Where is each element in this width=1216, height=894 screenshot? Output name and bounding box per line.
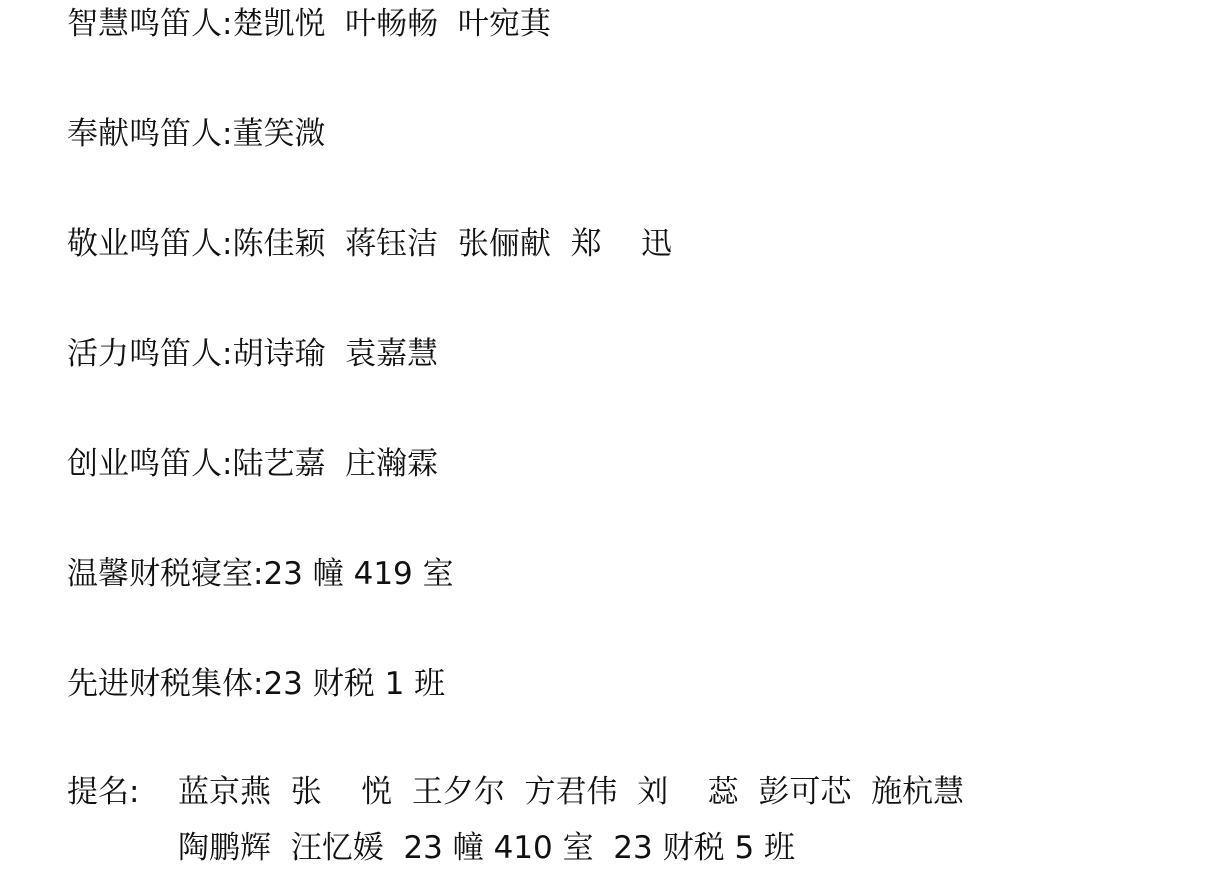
award-category: 敬业鸣笛人 <box>67 226 222 262</box>
award-winners: 胡诗瑜 袁嘉慧 <box>232 336 438 372</box>
award-winners: 23 财税 1 班 <box>263 666 445 702</box>
nominations-line-1: 蓝京燕 张 悦 王夕尔 方君伟 刘 蕊 彭可芯 施杭慧 <box>178 772 964 812</box>
award-line-dedication: 奉献鸣笛人:董笑溦 <box>67 114 325 154</box>
award-line-dormitory: 温馨财税寝室:23 幢 419 室 <box>67 554 454 594</box>
award-winners: 陆艺嘉 庄瀚霖 <box>232 446 438 482</box>
separator: : <box>222 116 232 152</box>
award-winners: 23 幢 419 室 <box>263 556 453 592</box>
award-category: 活力鸣笛人 <box>67 336 222 372</box>
award-category: 智慧鸣笛人 <box>67 6 222 42</box>
award-winners: 陈佳颖 蒋钰洁 张俪献 郑 迅 <box>232 226 672 262</box>
separator: : <box>253 556 263 592</box>
separator: : <box>222 226 232 262</box>
award-winners: 楚凯悦 叶畅畅 叶宛萁 <box>232 6 550 42</box>
award-line-vitality: 活力鸣笛人:胡诗瑜 袁嘉慧 <box>67 334 438 374</box>
award-category: 奉献鸣笛人 <box>67 116 222 152</box>
separator: : <box>253 666 263 702</box>
award-winners: 董笑溦 <box>232 116 325 152</box>
award-line-diligence: 敬业鸣笛人:陈佳颖 蒋钰洁 张俪献 郑 迅 <box>67 224 672 264</box>
award-category: 创业鸣笛人 <box>67 446 222 482</box>
award-line-collective: 先进财税集体:23 财税 1 班 <box>67 664 445 704</box>
separator: : <box>222 336 232 372</box>
nominations-label: 提名: <box>67 772 139 812</box>
award-line-wisdom: 智慧鸣笛人:楚凯悦 叶畅畅 叶宛萁 <box>67 4 551 44</box>
separator: : <box>222 446 232 482</box>
separator: : <box>222 6 232 42</box>
nominations-line-2: 陶鹏辉 汪忆媛 23 幢 410 室 23 财税 5 班 <box>178 828 795 868</box>
award-line-entrepreneurship: 创业鸣笛人:陆艺嘉 庄瀚霖 <box>67 444 438 484</box>
award-category: 温馨财税寝室 <box>67 556 253 592</box>
award-category: 先进财税集体 <box>67 666 253 702</box>
